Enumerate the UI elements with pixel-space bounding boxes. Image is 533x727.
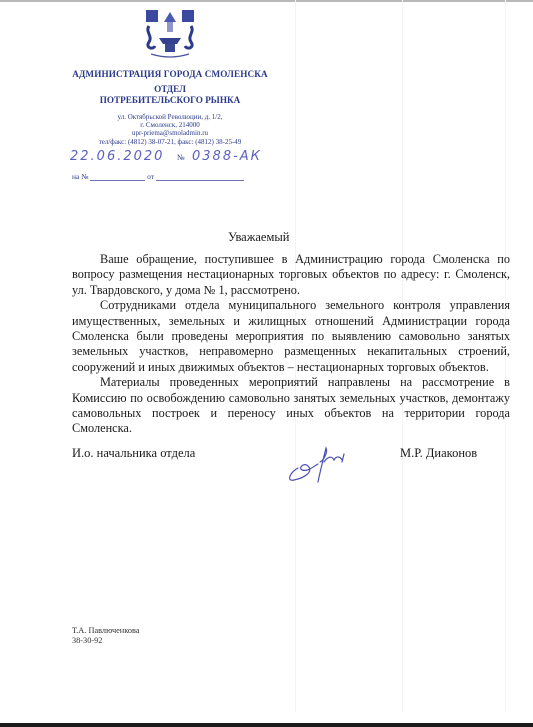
organization-name: АДМИНИСТРАЦИЯ ГОРОДА СМОЛЕНСКА bbox=[60, 69, 280, 79]
reply-date-blank bbox=[156, 173, 244, 181]
registration-line: 22.06.2020 № 0388-АК bbox=[70, 149, 270, 167]
reply-number-blank bbox=[90, 173, 145, 181]
number-sign: № bbox=[177, 153, 185, 162]
signatory-name: М.Р. Диаконов bbox=[400, 446, 477, 461]
letter-body: Ваше обращение, поступившее в Администра… bbox=[72, 252, 510, 437]
department-name: ОТДЕЛ ПОТРЕБИТЕЛЬСКОГО РЫНКА bbox=[60, 84, 280, 106]
handwritten-signature-icon bbox=[284, 442, 354, 487]
address-city: г. Смоленск, 214000 bbox=[60, 121, 280, 129]
reply-reference-line: на № от bbox=[72, 172, 244, 181]
executor-phone: 38-30-92 bbox=[72, 636, 140, 646]
smolensk-coat-of-arms-icon bbox=[141, 8, 199, 62]
phone-fax: тел/факс: (4812) 38-07-21, факс: (4812) … bbox=[60, 138, 280, 146]
address-street: ул. Октябрьской Революции, д. 1/2, bbox=[60, 113, 280, 121]
reply-to-label: на № bbox=[72, 172, 88, 181]
registration-date: 22.06.2020 bbox=[70, 149, 164, 164]
salutation: Уважаемый bbox=[228, 230, 289, 245]
viewer-bottom-bar bbox=[0, 723, 533, 727]
address-block: ул. Октябрьской Революции, д. 1/2, г. См… bbox=[60, 113, 280, 146]
body-paragraph: Ваше обращение, поступившее в Администра… bbox=[72, 252, 510, 298]
email-address: upr-priema@smoladmin.ru bbox=[60, 129, 280, 137]
department-line-2: ПОТРЕБИТЕЛЬСКОГО РЫНКА bbox=[60, 95, 280, 106]
body-paragraph: Сотрудниками отдела муниципального земел… bbox=[72, 298, 510, 375]
page-top-edge bbox=[0, 0, 533, 2]
body-paragraph: Материалы проведенных мероприятий направ… bbox=[72, 375, 510, 437]
department-line-1: ОТДЕЛ bbox=[60, 84, 280, 95]
from-label: от bbox=[147, 172, 154, 181]
executor-name: Т.А. Павлюченкова bbox=[72, 626, 140, 636]
executor-block: Т.А. Павлюченкова 38-30-92 bbox=[72, 626, 140, 646]
registration-number: 0388-АК bbox=[192, 149, 262, 164]
signatory-title: И.о. начальника отдела bbox=[72, 446, 195, 461]
letterhead: АДМИНИСТРАЦИЯ ГОРОДА СМОЛЕНСКА ОТДЕЛ ПОТ… bbox=[60, 8, 280, 146]
